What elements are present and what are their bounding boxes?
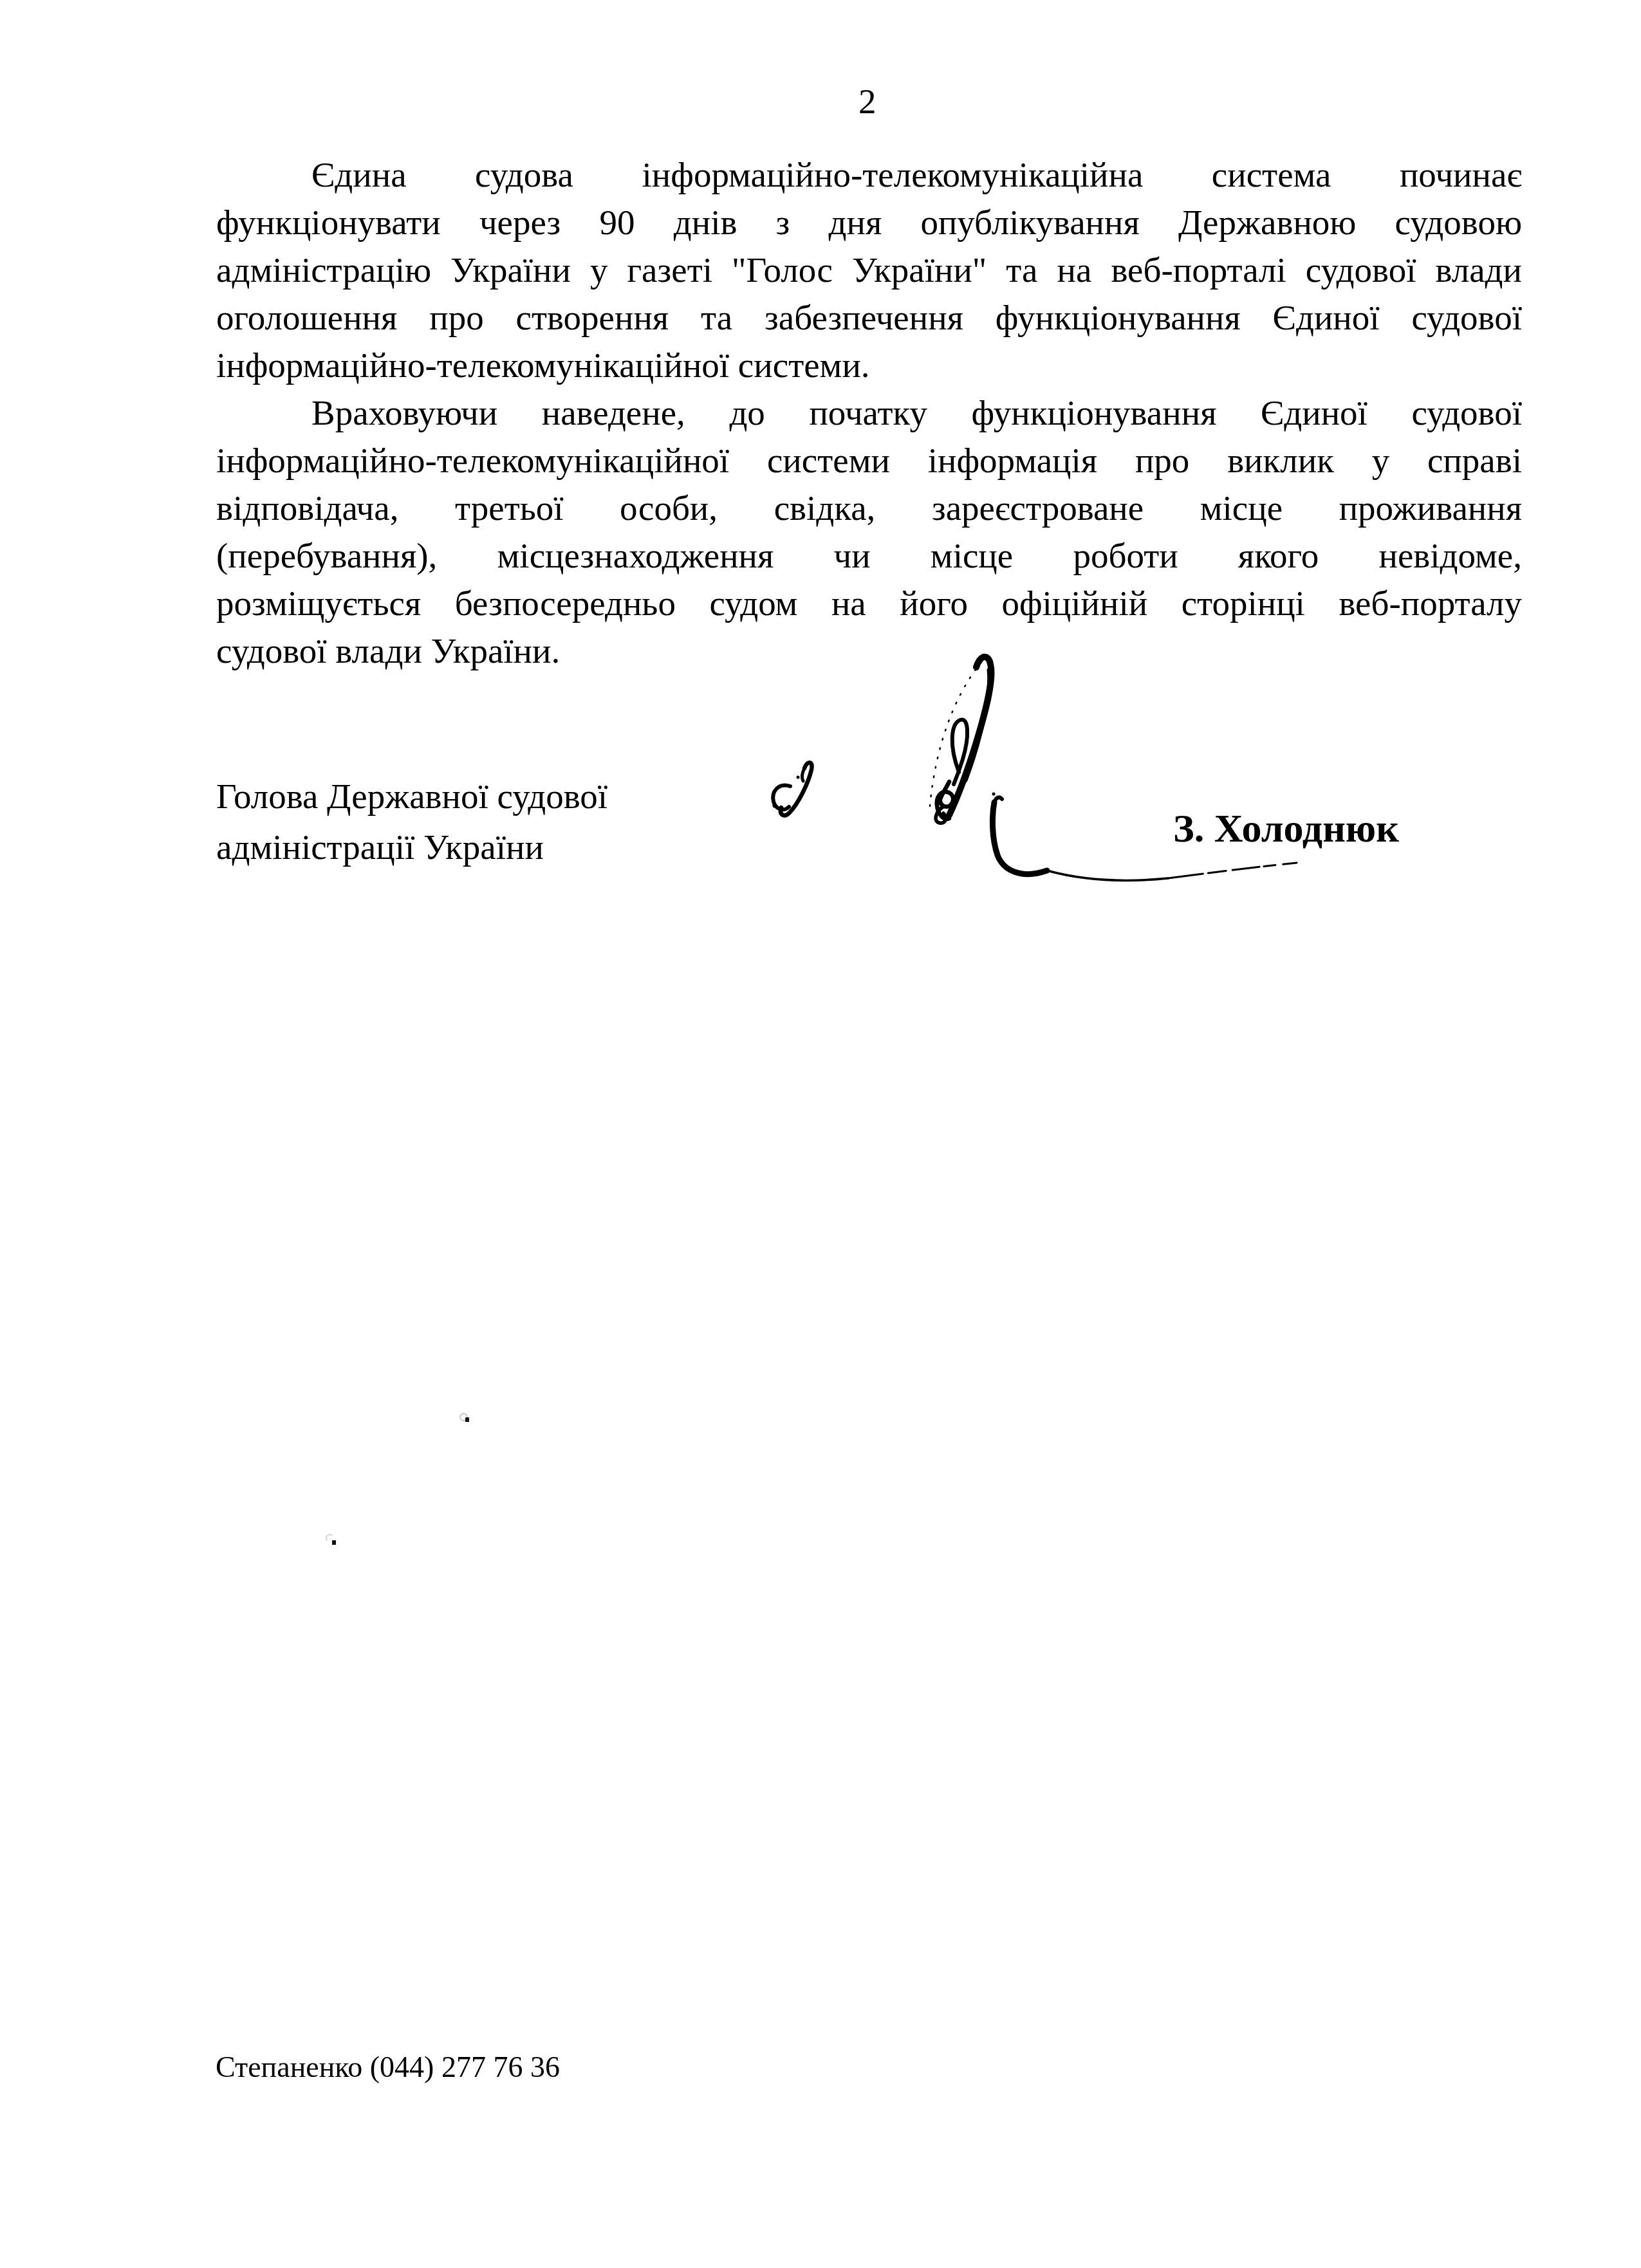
text-line: адміністрацію України у газеті "Голос Ук… [216, 246, 1522, 294]
text-line: розміщується безпосередньо судом на його… [216, 580, 1522, 627]
scan-artifact [332, 1540, 336, 1545]
paragraph: Єдина судова інформаційно-телекомунікаці… [216, 151, 1522, 389]
text-line: функціонувати через 90 днів з дня опублі… [216, 199, 1522, 246]
text-line: оголошення про створення та забезпечення… [216, 294, 1522, 342]
text-line: відповідача, третьої особи, свідка, заре… [216, 484, 1522, 532]
paragraph: Враховуючи наведене, до початку функціон… [216, 389, 1522, 675]
page-number: 2 [858, 84, 876, 119]
document-page: 2 Єдина судова інформаційно-телекомуніка… [0, 0, 1641, 2268]
footer-contact: Степаненко (044) 277 76 36 [216, 2052, 560, 2082]
text-line: інформаційно-телекомунікаційної системи … [216, 437, 1522, 484]
text-line: інформаційно-телекомунікаційної системи. [216, 342, 1522, 389]
signature-position-title: Голова Державної судової адміністрації У… [216, 771, 607, 872]
text-line: (перебування), місцезнаходження чи місце… [216, 532, 1522, 580]
text-line: судової влади України. [216, 627, 1522, 675]
text-line: Враховуючи наведене, до початку функціон… [216, 389, 1522, 437]
document-body: Єдина судова інформаційно-телекомунікаці… [216, 151, 1522, 675]
signature-name: З. Холоднюк [1173, 809, 1399, 849]
signature-title-line: Голова Державної судової [216, 771, 607, 822]
text-line: Єдина судова інформаційно-телекомунікаці… [216, 151, 1522, 199]
signature-stroke-icon [898, 634, 1322, 910]
signature-title-line: адміністрації України [216, 822, 607, 872]
scan-artifact [465, 1417, 469, 1422]
signature-flourish-icon [765, 754, 826, 828]
